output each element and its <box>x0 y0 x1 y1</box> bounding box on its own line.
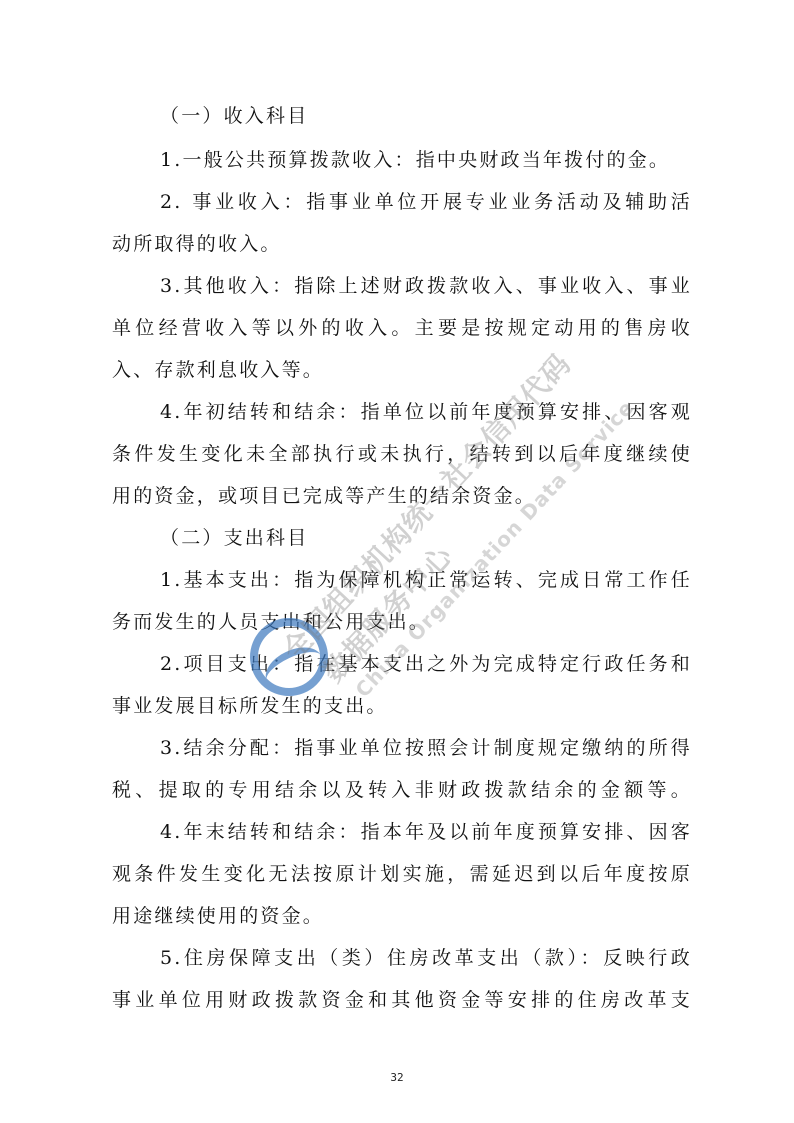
income-item-3-line-2: 单位经营收入等以外的收入。主要是按规定动用的售房收 <box>112 316 692 340</box>
income-item-4-line-3: 用的资金，或项目已完成等产生的结余资金。 <box>112 484 692 508</box>
income-item-1-line-1: 1.一般公共预算拨款收入：指中央财政当年拨付的金。 <box>160 148 692 172</box>
expense-item-4-line-3: 用途继续使用的资金。 <box>112 904 692 928</box>
expense-item-2-line-2: 事业发展目标所发生的支出。 <box>112 694 692 718</box>
expense-item-2-line-1: 2.项目支出：指在基本支出之外为完成特定行政任务和 <box>160 652 692 676</box>
expense-item-5-line-2: 事业单位用财政拨款资金和其他资金等安排的住房改革支 <box>112 988 692 1012</box>
document-page: （一）收入科目 1.一般公共预算拨款收入：指中央财政当年拨付的金。 2. 事业收… <box>0 0 794 1123</box>
section-heading-expense: （二）支出科目 <box>160 526 740 550</box>
expense-item-1-line-1: 1.基本支出：指为保障机构正常运转、完成日常工作任 <box>160 568 692 592</box>
income-item-3-line-1: 3.其他收入：指除上述财政拨款收入、事业收入、事业 <box>160 274 692 298</box>
expense-item-1-line-2: 务而发生的人员支出和公用支出。 <box>112 610 692 634</box>
expense-item-4-line-2: 观条件发生变化无法按原计划实施，需延迟到以后年度按原 <box>112 862 692 886</box>
page-number: 32 <box>0 1071 794 1084</box>
income-item-3-line-3: 入、存款利息收入等。 <box>112 358 692 382</box>
expense-item-3-line-1: 3.结余分配：指事业单位按照会计制度规定缴纳的所得 <box>160 736 692 760</box>
income-item-2-line-1: 2. 事业收入：指事业单位开展专业业务活动及辅助活 <box>160 190 692 214</box>
income-item-2-line-2: 动所取得的收入。 <box>112 232 692 256</box>
expense-item-3-line-2: 税、提取的专用结余以及转入非财政拨款结余的金额等。 <box>112 778 692 802</box>
income-item-4-line-1: 4.年初结转和结余：指单位以前年度预算安排、因客观 <box>160 400 692 424</box>
expense-item-4-line-1: 4.年末结转和结余：指本年及以前年度预算安排、因客 <box>160 820 692 844</box>
expense-item-5-line-1: 5.住房保障支出（类）住房改革支出（款）：反映行政 <box>160 946 692 970</box>
income-item-4-line-2: 条件发生变化未全部执行或未执行，结转到以后年度继续使 <box>112 442 692 466</box>
section-heading-income: （一）收入科目 <box>160 104 740 128</box>
